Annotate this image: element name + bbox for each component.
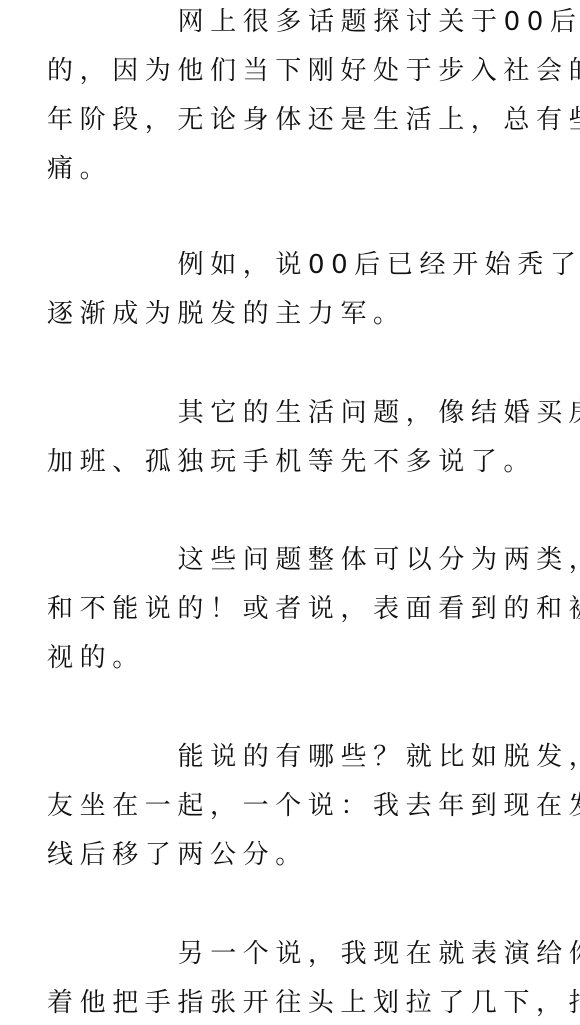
paragraph-5-line-3: 线后移了两公分。 xyxy=(47,831,487,880)
paragraph-4-line-1: 这些问题整体可以分为两类，能说的 xyxy=(47,536,487,585)
paragraph-1-line-3: 年阶段，无论身体还是生活上，总有些阵 xyxy=(47,96,487,145)
paragraph-5: 能说的有哪些？就比如脱发，两个朋 友坐在一起，一个说：我去年到现在发际 线后移了… xyxy=(47,733,487,880)
paragraph-6: 另一个说，我现在就表演给你看，接 着他把手指张开往头上划拉了几下，指间 xyxy=(47,930,487,1025)
paragraph-1-line-2: 的，因为他们当下刚好处于步入社会的青 xyxy=(47,47,487,96)
paragraph-4: 这些问题整体可以分为两类，能说的 和不能说的！或者说，表面看到的和被忽 视的。 xyxy=(47,536,487,683)
paragraph-3-line-1: 其它的生活问题，像结婚买房、工作 xyxy=(47,389,487,438)
paragraph-2-line-1: 例如，说00后已经开始秃了，他们也 xyxy=(47,241,487,290)
paragraph-2-line-2: 逐渐成为脱发的主力军。 xyxy=(47,290,487,339)
paragraph-4-line-3: 视的。 xyxy=(47,634,487,683)
paragraph-1: 网上很多话题探讨关于00后各种压力 的，因为他们当下刚好处于步入社会的青 年阶段… xyxy=(47,0,487,194)
paragraph-5-line-1: 能说的有哪些？就比如脱发，两个朋 xyxy=(47,733,487,782)
paragraph-3: 其它的生活问题，像结婚买房、工作 加班、孤独玩手机等先不多说了。 xyxy=(47,389,487,487)
paragraph-4-line-2: 和不能说的！或者说，表面看到的和被忽 xyxy=(47,585,487,634)
paragraph-3-line-2: 加班、孤独玩手机等先不多说了。 xyxy=(47,438,487,487)
paragraph-2: 例如，说00后已经开始秃了，他们也 逐渐成为脱发的主力军。 xyxy=(47,241,487,339)
paragraph-6-line-2: 着他把手指张开往头上划拉了几下，指间 xyxy=(47,979,487,1025)
paragraph-1-line-1: 网上很多话题探讨关于00后各种压力 xyxy=(47,0,487,47)
paragraph-6-line-1: 另一个说，我现在就表演给你看，接 xyxy=(47,930,487,979)
paragraph-1-line-4: 痛。 xyxy=(47,145,487,194)
paragraph-5-line-2: 友坐在一起，一个说：我去年到现在发际 xyxy=(47,782,487,831)
